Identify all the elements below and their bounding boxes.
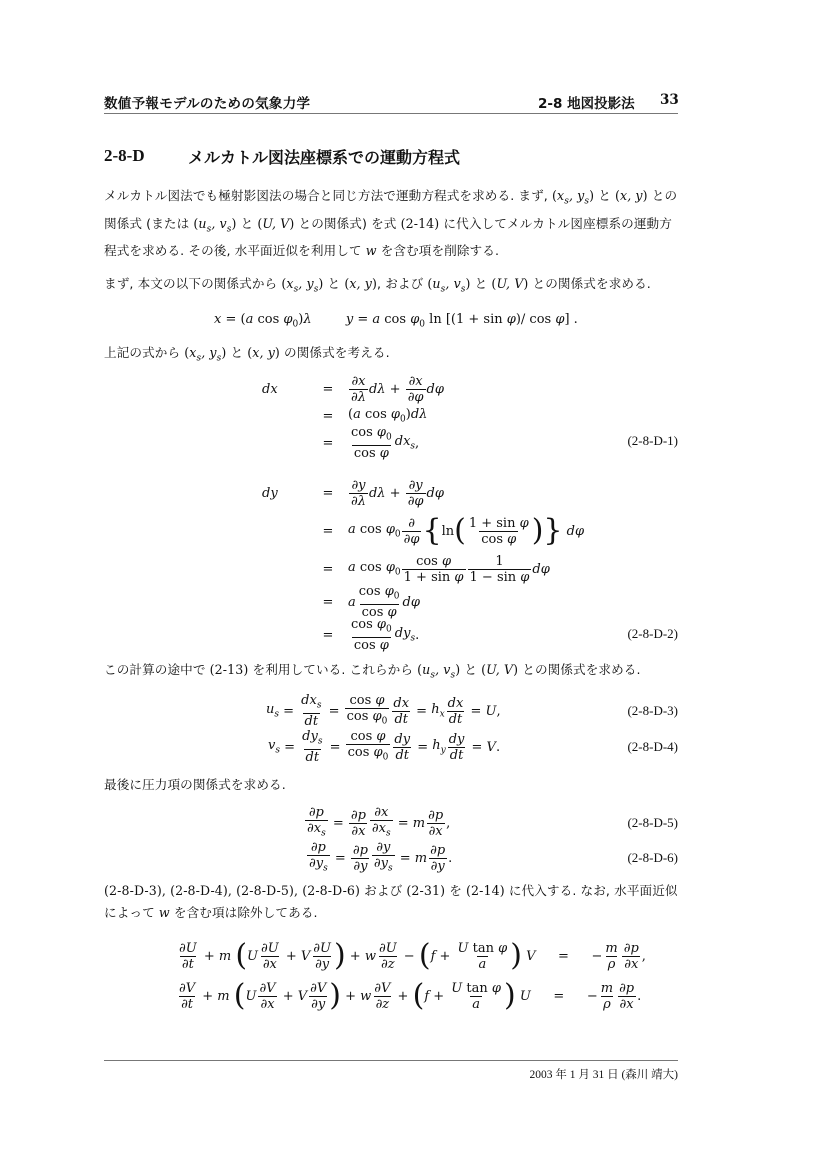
paragraph-substitute: (2-8-D-3), (2-8-D-4), (2-8-D-5), (2-8-D-… [104,880,678,924]
footer-rule [104,1060,678,1061]
header-rule [104,113,678,114]
equation-dy: dy= ∂y∂λdλ + ∂y∂φdφ = a cos φ0 ∂∂φ {ln(1… [262,476,584,652]
equation-pressure-y: ∂p∂ys = ∂p∂y∂y∂ys = m∂p∂y. [306,841,452,875]
paragraph-pressure: 最後に圧力項の関係式を求める. [104,774,678,796]
equation-number-d2: (2-8-D-2) [627,626,678,642]
paragraph-intro: メルカトル図法でも極射影図法の場合と同じ方法で運動方程式を求める. まず, (x… [104,185,678,262]
section-number: 2-8-D [104,146,145,166]
equation-number-d4: (2-8-D-4) [627,739,678,755]
equation-us: us = dxsdt = cos φcos φ0dxdt = hxdxdt = … [266,694,501,728]
equation-vs: vs = dysdt = cos φcos φ0dydt = hydydt = … [268,730,500,764]
running-header-section: 2-8 地図投影法 [538,92,635,112]
footer-date-author: 2003 年 1 月 31 日 (森川 靖大) [529,1066,678,1082]
equation-number-d6: (2-8-D-6) [627,850,678,866]
paragraph-consider: 上記の式から (xs, ys) と (x, y) の関係式を考える. [104,342,678,370]
equation-number-d1: (2-8-D-1) [627,433,678,449]
equation-mercator-definition: x = (a cos φ0)λ y = a cos φ0 ln [(1 + si… [214,312,578,330]
page-number: 33 [660,92,679,108]
equation-number-d3: (2-8-D-3) [627,703,678,719]
running-header-book-title: 数値予報モデルのための気象力学 [104,92,310,112]
section-title: メルカトル図法座標系での運動方程式 [188,145,460,168]
paragraph-calculation: この計算の途中で (2-13) を利用している. これらから (us, vs) … [104,659,678,687]
equation-dx: dx= ∂x∂λdλ + ∂x∂φdφ = (a cos φ0)dλ = cos… [262,372,444,460]
equation-momentum-u: ∂U∂t + m (U∂U∂x + V∂U∂y) + w∂U∂z − (f + … [176,936,646,1016]
equation-pressure-x: ∂p∂xs = ∂p∂x∂x∂xs = m∂p∂x, [304,806,450,840]
paragraph-relations: まず, 本文の以下の関係式から (xs, ys) と (x, y), および (… [104,273,678,301]
equation-number-d5: (2-8-D-5) [627,815,678,831]
